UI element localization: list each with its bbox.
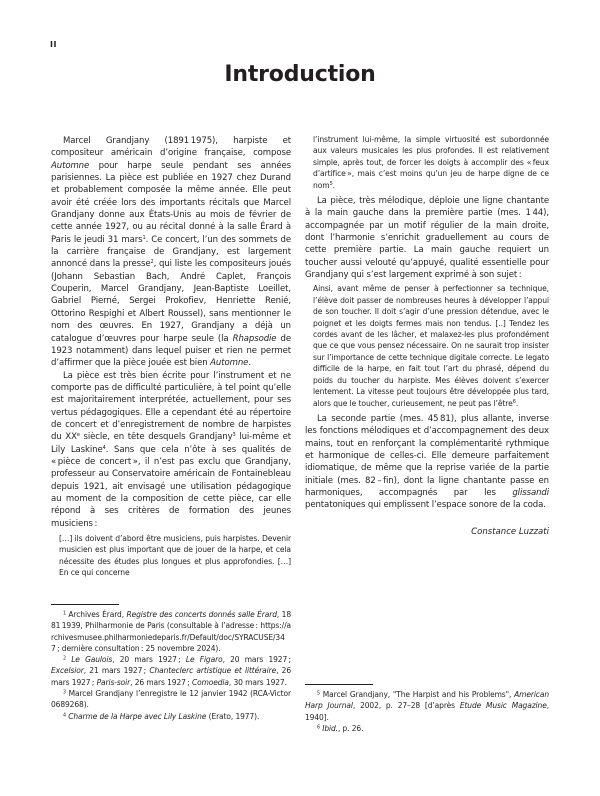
text: pentatoniques qui emplissent l’espace so… — [305, 500, 546, 510]
footnote-number: 4 — [63, 713, 66, 718]
text: Marcel Grandjany (1891 1975), harpiste e… — [51, 136, 291, 158]
text: . — [333, 181, 335, 190]
block-quote-1: […] ils doivent d’abord être musiciens, … — [59, 533, 291, 579]
work-title: Automne — [210, 358, 248, 368]
block-quote-2: Ainsi, avant même de penser à perfection… — [313, 283, 549, 408]
text: , 2002, p. 27–28 [d’après — [353, 701, 460, 710]
footnote-number: 2 — [63, 657, 66, 662]
left-column: Marcel Grandjany (1891 1975), harpiste e… — [51, 135, 291, 583]
paragraph-2: La pièce est très bien écrite pour l’ins… — [51, 370, 291, 530]
text: Marcel Grandjany, "The Harpist and his P… — [320, 690, 514, 699]
block-quote-1-continued: l’instrument lui-même, la simple virtuos… — [313, 134, 549, 191]
text: Etude Music Magazine — [460, 701, 547, 710]
text: Chanteclerc artistique et littéraire — [149, 666, 276, 675]
text: Marcel Grandjany l’enregistre le 12 janv… — [51, 689, 291, 709]
text: , 30 mars 1927. — [229, 678, 287, 687]
work-title: Rhapsodie — [233, 334, 277, 344]
footnote-6: 6 Ibid., p. 26. — [305, 723, 549, 734]
text: siècle, en tête desquels Grandjany — [80, 432, 233, 442]
page-title: Introduction — [0, 62, 600, 87]
footnote-5: 5 Marcel Grandjany, "The Harpist and his… — [305, 689, 549, 723]
paragraph-3: La pièce, très mélodique, déploie une li… — [305, 195, 549, 281]
author-signature: Constance Luzzati — [305, 526, 549, 538]
footnote-number: 6 — [317, 725, 320, 730]
text: , 20 mars 1927 ; — [112, 655, 186, 664]
text: . Sans que cela n’ôte à ses qualités de … — [51, 445, 291, 529]
text: , 21 mars 1927 ; — [84, 666, 150, 675]
text: glissandi — [512, 488, 549, 498]
text: , qui liste les compositeurs joués (Joha… — [51, 259, 291, 343]
text: Comoedia — [192, 678, 229, 687]
text: Ibid. — [322, 724, 338, 733]
text: Paris-soir — [97, 678, 131, 687]
footnote-4: 4 Charme de la Harpe avec Lily Laskine (… — [51, 711, 291, 722]
footnotes-left: 1 Archives Érard, Registre des concerts … — [51, 604, 291, 722]
text: . — [516, 399, 518, 408]
paragraph-4: La seconde partie (mes. 45 81), plus all… — [305, 413, 549, 512]
footnote-2: 2 Le Gaulois, 20 mars 1927 ; Le Figaro, … — [51, 654, 291, 688]
text: , 26 mars 1927 ; — [130, 678, 192, 687]
text: . — [248, 358, 251, 368]
text: Archives Érard, — [66, 610, 127, 619]
text: Ainsi, avant même de penser à perfection… — [313, 284, 549, 407]
footnote-divider — [51, 604, 119, 605]
text: Le Figaro — [186, 655, 223, 664]
text: , 20 mars 1927 ; — [223, 655, 291, 664]
footnote-1: 1 Archives Érard, Registre des concerts … — [51, 609, 291, 654]
text: Le Gaulois — [71, 655, 112, 664]
text: Excelsior — [51, 666, 84, 675]
paragraph-1: Marcel Grandjany (1891 1975), harpiste e… — [51, 135, 291, 370]
text: La seconde partie (mes. 45 81), plus all… — [305, 414, 549, 498]
work-title: Automne — [51, 161, 89, 171]
footnotes-right: 5 Marcel Grandjany, "The Harpist and his… — [305, 684, 549, 734]
page-number: II — [50, 40, 57, 49]
text: , p. 26. — [338, 724, 363, 733]
text: Charme de la Harpe avec Lily Laskine — [68, 712, 206, 721]
footnote-divider — [305, 684, 373, 685]
text: Registre des concerts donnés salle Érard — [126, 610, 276, 619]
text: (Erato, 1977). — [206, 712, 259, 721]
text: pour harpe seule pendant ses années pari… — [51, 161, 291, 245]
right-column: l’instrument lui-même, la simple virtuos… — [305, 134, 549, 538]
footnote-3: 3 Marcel Grandjany l’enregistre le 12 ja… — [51, 688, 291, 711]
text: l’instrument lui-même, la simple virtuos… — [313, 135, 549, 190]
